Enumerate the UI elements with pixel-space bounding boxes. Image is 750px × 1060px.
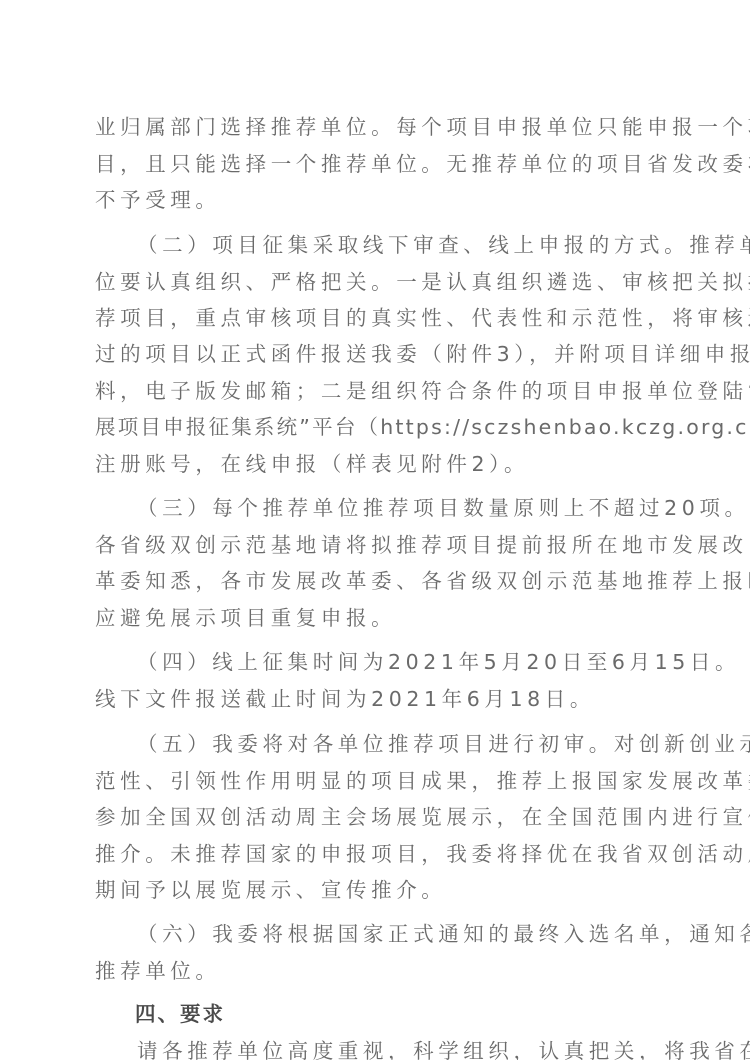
paragraph-line: （四）线上征集时间为2021年5月20日至6月15日。 — [137, 648, 657, 676]
paragraph-line: 荐项目，重点审核项目的真实性、代表性和示范性，将审核通 — [95, 304, 657, 332]
paragraph-line: 料，电子版发邮箱；二是组织符合条件的项目申报单位登陆“参 — [95, 377, 657, 405]
paragraph-line: 参加全国双创活动周主会场展览展示，在全国范围内进行宣传 — [95, 803, 657, 831]
paragraph-line: 位要认真组织、严格把关。一是认真组织遴选、审核把关拟推 — [95, 268, 657, 296]
paragraph-line: 应避免展示项目重复申报。 — [95, 604, 657, 632]
paragraph-line: 业归属部门选择推荐单位。每个项目申报单位只能申报一个项 — [95, 113, 657, 141]
paragraph-line-url: 展项目申报征集系统”平台（https://sczshenbao.kczg.org… — [95, 413, 657, 441]
paragraph-line: 请各推荐单位高度重视，科学组织，认真把关，将我省在 — [137, 1037, 657, 1060]
paragraph-line: 各省级双创示范基地请将拟推荐项目提前报所在地市发展改 — [95, 531, 657, 559]
paragraph-line: 范性、引领性作用明显的项目成果，推荐上报国家发展改革委， — [95, 767, 657, 795]
paragraph-line: 注册账号，在线申报（样表见附件2）。 — [95, 450, 657, 478]
paragraph-line: 期间予以展览展示、宣传推介。 — [95, 876, 657, 904]
paragraph-line: 过的项目以正式函件报送我委（附件3），并附项目详细申报材 — [95, 340, 657, 368]
paragraph-line: 线下文件报送截止时间为2021年6月18日。 — [95, 685, 657, 713]
paragraph-line: （六）我委将根据国家正式通知的最终入选名单，通知各 — [137, 920, 657, 948]
paragraph-line: （二）项目征集采取线下审查、线上申报的方式。推荐单 — [137, 231, 657, 259]
document-page: 业归属部门选择推荐单位。每个项目申报单位只能申报一个项 目，且只能选择一个推荐单… — [0, 0, 750, 1060]
paragraph-line: 革委知悉，各市发展改革委、各省级双创示范基地推荐上报时， — [95, 567, 657, 595]
paragraph-line: 推介。未推荐国家的申报项目，我委将择优在我省双创活动周 — [95, 840, 657, 868]
paragraph-line: （五）我委将对各单位推荐项目进行初审。对创新创业示 — [137, 730, 657, 758]
paragraph-line: 目，且只能选择一个推荐单位。无推荐单位的项目省发改委将 — [95, 150, 657, 178]
paragraph-line: （三）每个推荐单位推荐项目数量原则上不超过20项。 — [137, 494, 657, 522]
paragraph-line: 不予受理。 — [95, 186, 657, 214]
section-heading: 四、要求 — [135, 1000, 225, 1028]
paragraph-line: 推荐单位。 — [95, 957, 657, 985]
